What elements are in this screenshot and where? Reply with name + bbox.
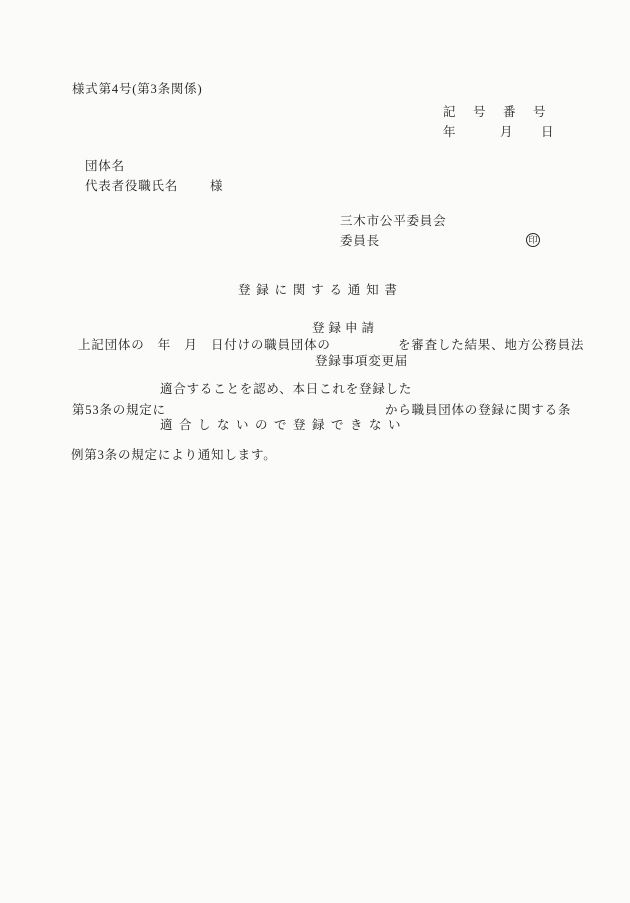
document-page: 様式第4号(第3条関係) 記 号 番 号 年 月 日 団体名 代表者役職氏名 様… [0, 0, 630, 903]
sentence2-option-conforms: 適合することを認め、本日これを登録した [160, 382, 412, 396]
date-day-label: 日 [541, 125, 554, 139]
sentence2-lead: 第53条の規定に [72, 403, 166, 417]
reference-number-label: 記 号 番 号 [443, 105, 548, 119]
date-month-label: 月 [500, 125, 513, 139]
issuer-organization: 三木市公平委員会 [340, 214, 446, 228]
seal-icon: 印 [526, 233, 540, 247]
sentence2-option-not-conform: 適合しないので登録できない [160, 418, 407, 432]
sentence1-tail: を審査した結果、地方公務員法 [398, 338, 584, 352]
document-title: 登録に関する通知書 [238, 283, 403, 297]
closing-sentence: 例第3条の規定により通知します。 [71, 448, 277, 462]
group-name-label: 団体名 [85, 159, 125, 173]
sentence2-tail: から職員団体の登録に関する条 [385, 403, 571, 417]
date-year-label: 年 [443, 125, 456, 139]
sentence1-lead: 上記団体の 年 月 日付けの職員団体の [78, 338, 331, 352]
sentence1-option-change-notification: 登録事項変更届 [315, 354, 408, 368]
addressee-honorific: 様 [210, 179, 223, 193]
sentence1-option-registration-application: 登録申請 [312, 321, 378, 335]
form-number: 様式第4号(第3条関係) [72, 82, 202, 96]
issuer-position: 委員長 [340, 234, 380, 248]
representative-name-label: 代表者役職氏名 [85, 179, 178, 193]
